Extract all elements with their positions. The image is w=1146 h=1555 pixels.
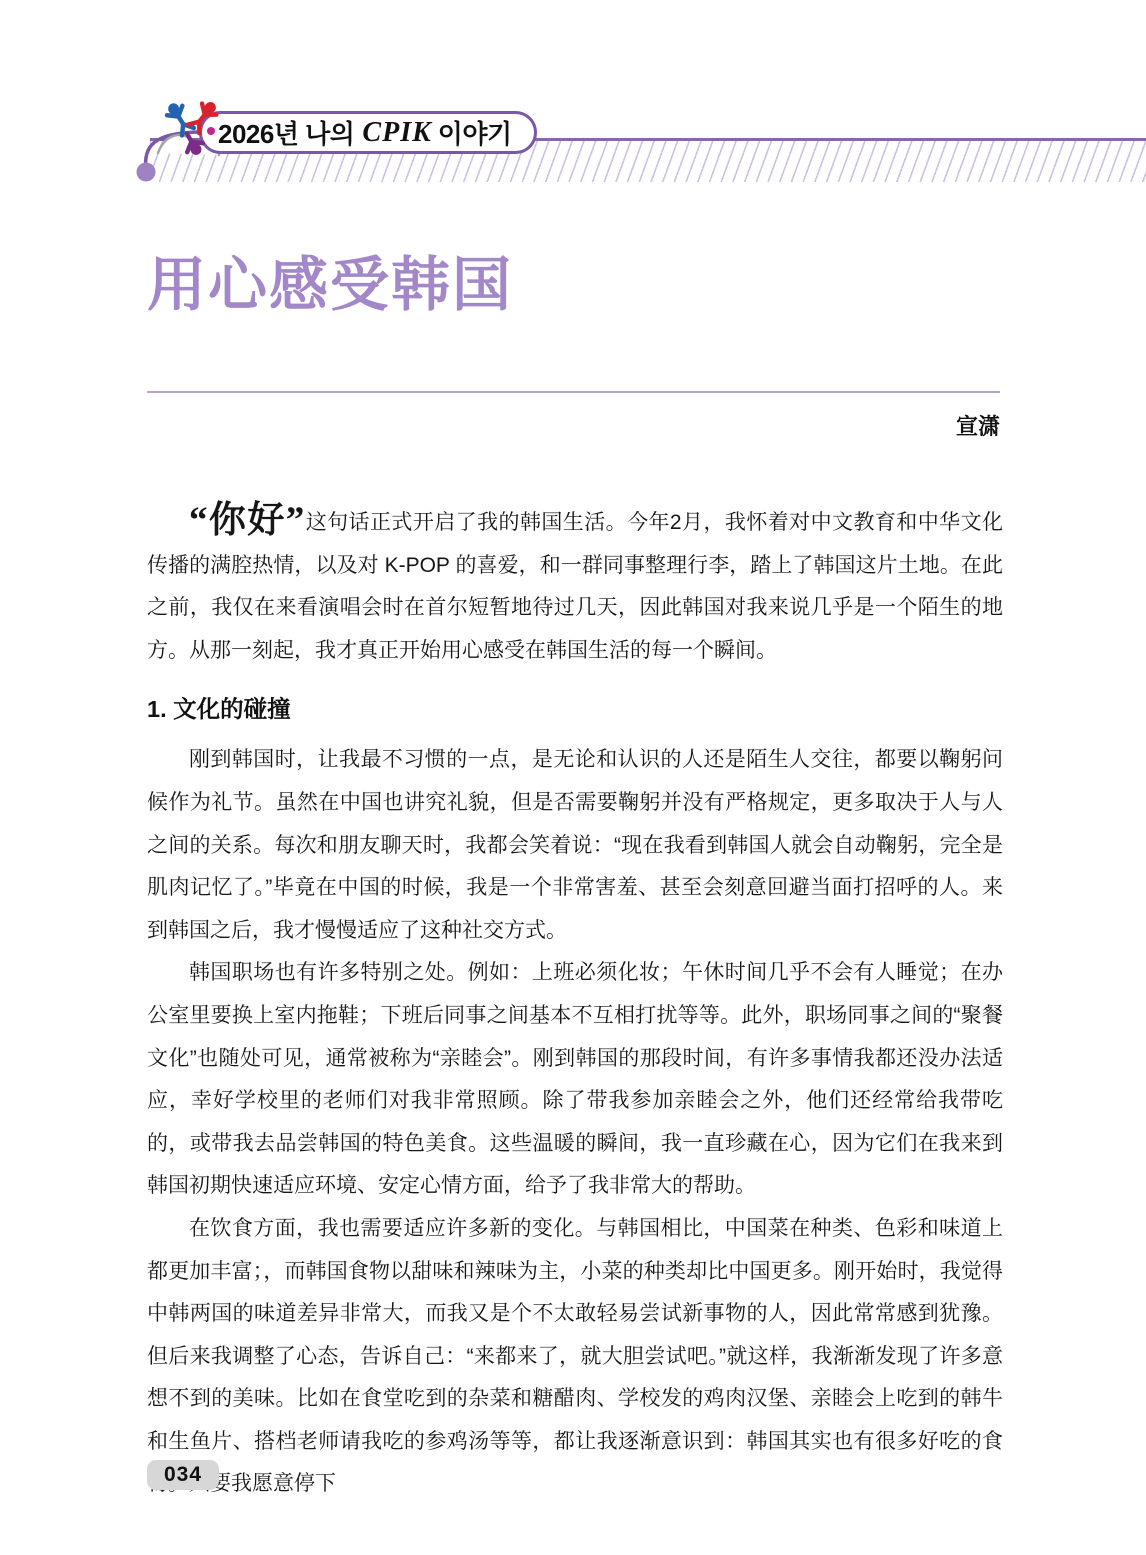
article-body: “你好”这句话正式开启了我的韩国生活。今年2月，我怀着对中文教育和中华文化传播的…: [147, 502, 1003, 1506]
purple-dot: [137, 163, 156, 182]
header-title-brand: CPIK: [362, 117, 431, 149]
body-paragraph: 在饮食方面，我也需要适应许多新的变化。与韩国相比，中国菜在种类、色彩和味道上都更…: [147, 1208, 1003, 1506]
section-heading: 1. 文化的碰撞: [147, 694, 1003, 724]
document-page: 2026년 나의 CPIK 이야기 用心感受韩国 宣潇 “你好”这句话正式开启了…: [0, 0, 1146, 1555]
page-title: 用心感受韩国: [147, 237, 513, 322]
intro-opening-quote: “你好”: [189, 500, 305, 541]
cpik-people-logo-icon: [152, 88, 232, 158]
logo-person-blue: [163, 99, 195, 136]
title-divider: [147, 391, 1000, 393]
header-title-suffix: 이야기: [438, 114, 512, 151]
intro-paragraph: “你好”这句话正式开启了我的韩国生活。今年2月，我怀着对中文教育和中华文化传播的…: [147, 502, 1003, 672]
header-title-pill: 2026년 나의 CPIK 이야기: [199, 111, 537, 154]
body-paragraph: 韩国职场也有许多特别之处。例如：上班必须化妆；午休时间几乎不会有人睡觉；在办公室…: [147, 952, 1003, 1208]
header-title-prefix: 2026년 나의: [218, 114, 354, 151]
author-name: 宣潇: [147, 410, 1000, 441]
body-paragraph: 刚到韩国时，让我最不习惯的一点，是无论和认识的人还是陌生人交往，都要以鞠躬问候作…: [147, 739, 1003, 952]
logo-magenta-dot: [207, 127, 215, 135]
page-number-badge: 034: [147, 1460, 219, 1490]
